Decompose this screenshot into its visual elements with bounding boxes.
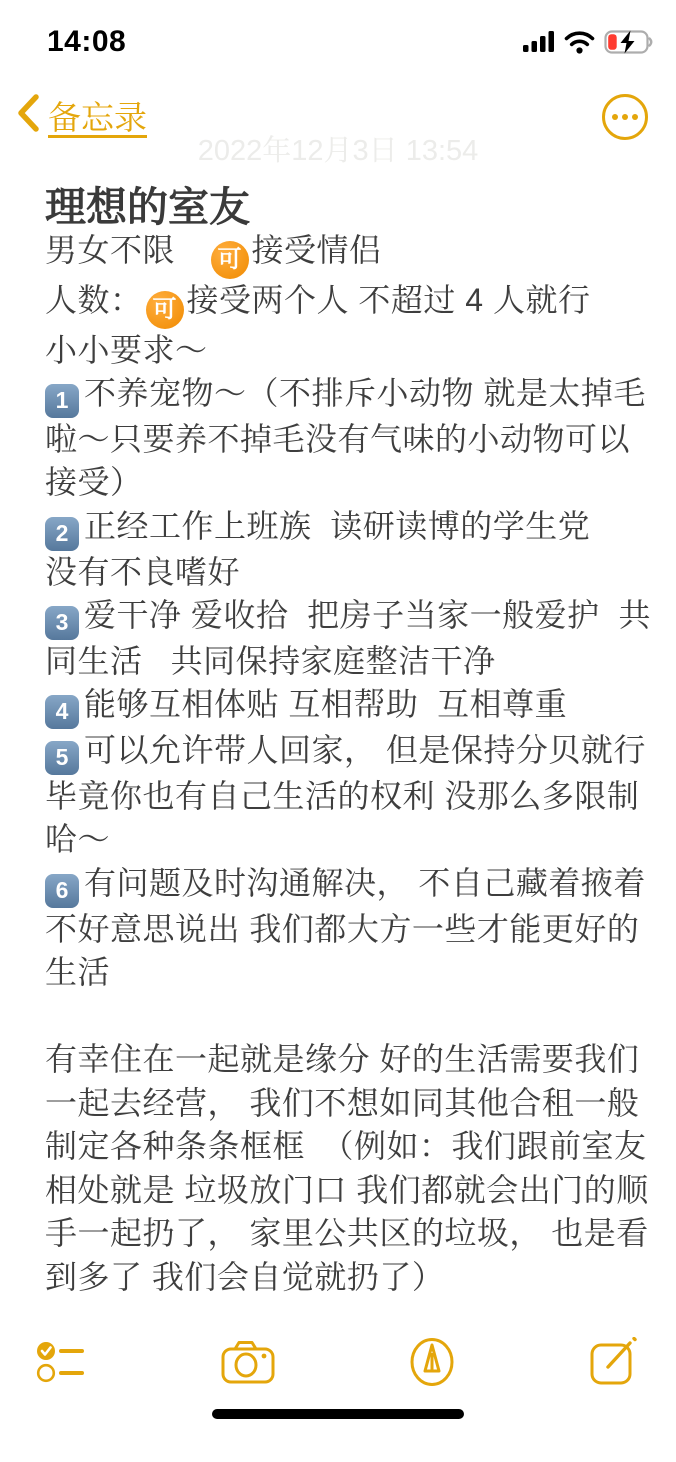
- accept-emoji: 可: [211, 241, 249, 279]
- note-line: 4能够互相体贴 互相帮助 互相尊重: [45, 683, 655, 729]
- note-line: 接受）: [45, 461, 655, 505]
- note-line: 啦～只要养不掉毛没有气味的小动物可以: [45, 418, 655, 462]
- note-line: 有幸住在一起就是缘分 好的生活需要我们: [45, 1038, 655, 1082]
- note-line: 毕竟你也有自己生活的权利 没那么多限制: [45, 775, 655, 819]
- keycap-2-emoji: 2: [45, 517, 79, 551]
- wifi-icon: [564, 31, 595, 59]
- cellular-signal-icon: [523, 31, 555, 58]
- keycap-3-emoji: 3: [45, 606, 79, 640]
- keycap-6-emoji: 6: [45, 874, 79, 908]
- note-body[interactable]: 男女不限 可接受情侣人数：可接受两个人 不超过 4 人就行小小要求～1不养宠物～…: [45, 229, 655, 1299]
- note-line: [45, 995, 655, 1039]
- status-icons: [523, 30, 654, 59]
- note-line: 3爱干净 爱收拾 把房子当家一般爱护 共: [45, 594, 655, 640]
- ellipsis-icon: [612, 114, 618, 120]
- note-title: 理想的室友: [45, 174, 646, 233]
- battery-charging-icon: [604, 30, 654, 59]
- camera-icon: [221, 1340, 275, 1384]
- bottom-toolbar: [0, 1330, 676, 1394]
- note-line: 男女不限 可接受情侣: [45, 229, 655, 279]
- note-line: 生活: [45, 951, 655, 995]
- accept-emoji: 可: [146, 291, 184, 329]
- markup-pen-icon: [409, 1337, 455, 1387]
- markup-button[interactable]: [409, 1337, 455, 1387]
- camera-button[interactable]: [221, 1340, 275, 1384]
- note-line: 手一起扔了， 家里公共区的垃圾， 也是看: [45, 1212, 655, 1256]
- note-line: 1不养宠物～（不排斥小动物 就是太掉毛: [45, 372, 655, 418]
- home-indicator[interactable]: [212, 1409, 464, 1419]
- note-line: 到多了 我们会自觉就扔了）: [45, 1256, 655, 1300]
- compose-icon: [590, 1337, 640, 1387]
- checklist-button[interactable]: [36, 1340, 86, 1384]
- keycap-4-emoji: 4: [45, 695, 79, 729]
- note-line: 小小要求～: [45, 329, 655, 373]
- note-line: 6有问题及时沟通解决， 不自己藏着掖着: [45, 862, 655, 908]
- note-line: 一起去经营， 我们不想如同其他合租一般: [45, 1082, 655, 1126]
- keycap-5-emoji: 5: [45, 741, 79, 775]
- note-line: 5可以允许带人回家， 但是保持分贝就行: [45, 729, 655, 775]
- note-line: 人数：可接受两个人 不超过 4 人就行: [45, 279, 655, 329]
- note-line: 哈～: [45, 818, 655, 862]
- checklist-icon: [36, 1340, 86, 1384]
- note-line: 不好意思说出 我们都大方一些才能更好的: [45, 908, 655, 952]
- note-line: 2正经工作上班族 读研读博的学生党: [45, 505, 655, 551]
- keycap-1-emoji: 1: [45, 384, 79, 418]
- note-line: 没有不良嗜好: [45, 551, 655, 595]
- note-line: 相处就是 垃圾放门口 我们都就会出门的顺: [45, 1169, 655, 1213]
- note-line: 同生活 共同保持家庭整洁干净: [45, 640, 655, 684]
- note-line: 制定各种条条框框 （例如：我们跟前室友: [45, 1125, 655, 1169]
- compose-button[interactable]: [590, 1337, 640, 1387]
- status-time: 14:08: [47, 25, 126, 59]
- note-date: 2022年12月3日 13:54: [0, 128, 676, 169]
- status-bar: 14:08: [0, 0, 676, 70]
